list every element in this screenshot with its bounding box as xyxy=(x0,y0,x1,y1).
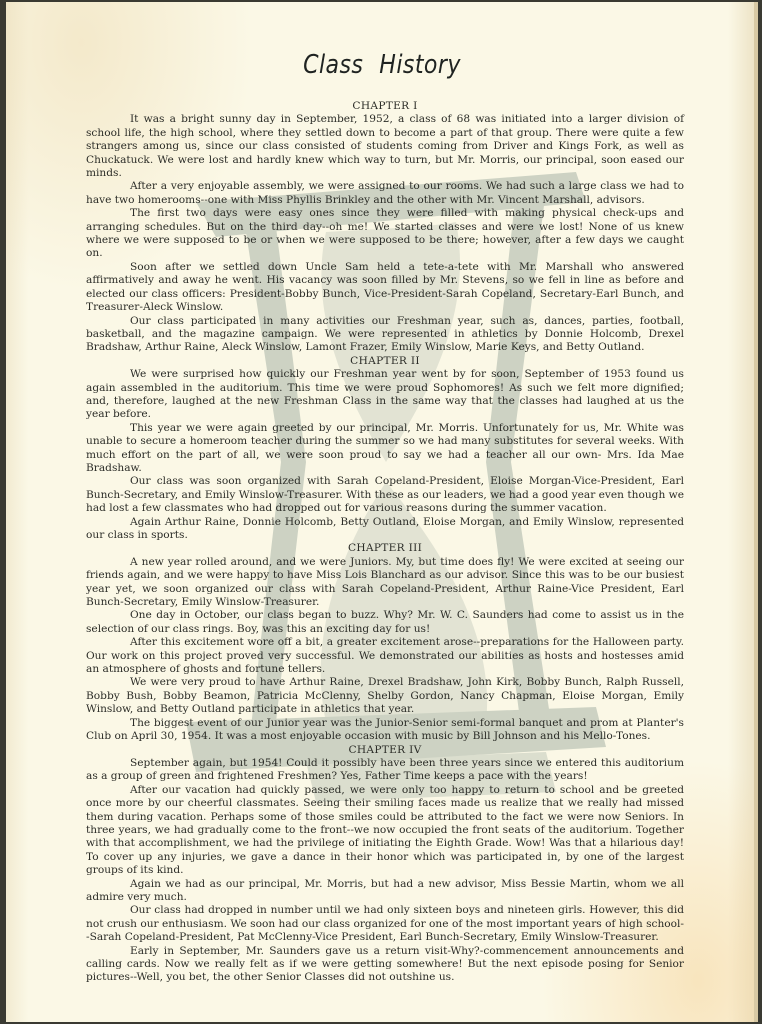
paragraph: Our class had dropped in number until we… xyxy=(86,904,684,944)
paragraph: Again Arthur Raine, Donnie Holcomb, Bett… xyxy=(86,516,684,543)
paragraph: It was a bright sunny day in September, … xyxy=(86,113,684,180)
paragraph: The first two days were easy ones since … xyxy=(86,207,684,261)
paragraph: Soon after we settled down Uncle Sam hel… xyxy=(86,261,684,315)
chapter-heading: CHAPTER I xyxy=(86,100,684,113)
page-title: Class History xyxy=(62,50,701,80)
paragraph: The biggest event of our Junior year was… xyxy=(86,717,684,744)
paragraph: After a very enjoyable assembly, we were… xyxy=(86,180,684,207)
paragraph: Early in September, Mr. Saunders gave us… xyxy=(86,945,684,985)
page-edge xyxy=(754,2,758,1022)
paragraph: After this excitement wore off a bit, a … xyxy=(86,636,684,676)
yearbook-page: Class History CHAPTER I It was a bright … xyxy=(6,2,758,1022)
chapter-heading: CHAPTER III xyxy=(86,542,684,555)
paragraph: One day in October, our class began to b… xyxy=(86,609,684,636)
paragraph: This year we were again greeted by our p… xyxy=(86,422,684,476)
paragraph: Our class participated in many activitie… xyxy=(86,315,684,355)
chapter-heading: CHAPTER II xyxy=(86,355,684,368)
paragraph: A new year rolled around, and we were Ju… xyxy=(86,556,684,610)
class-history-text: CHAPTER I It was a bright sunny day in S… xyxy=(86,100,684,985)
paragraph: Again we had as our principal, Mr. Morri… xyxy=(86,878,684,905)
paragraph: September again, but 1954! Could it poss… xyxy=(86,757,684,784)
paragraph: After our vacation had quickly passed, w… xyxy=(86,784,684,878)
chapter-heading: CHAPTER IV xyxy=(86,744,684,757)
paragraph: Our class was soon organized with Sarah … xyxy=(86,475,684,515)
paragraph: We were very proud to have Arthur Raine,… xyxy=(86,676,684,716)
paragraph: We were surprised how quickly our Freshm… xyxy=(86,368,684,422)
